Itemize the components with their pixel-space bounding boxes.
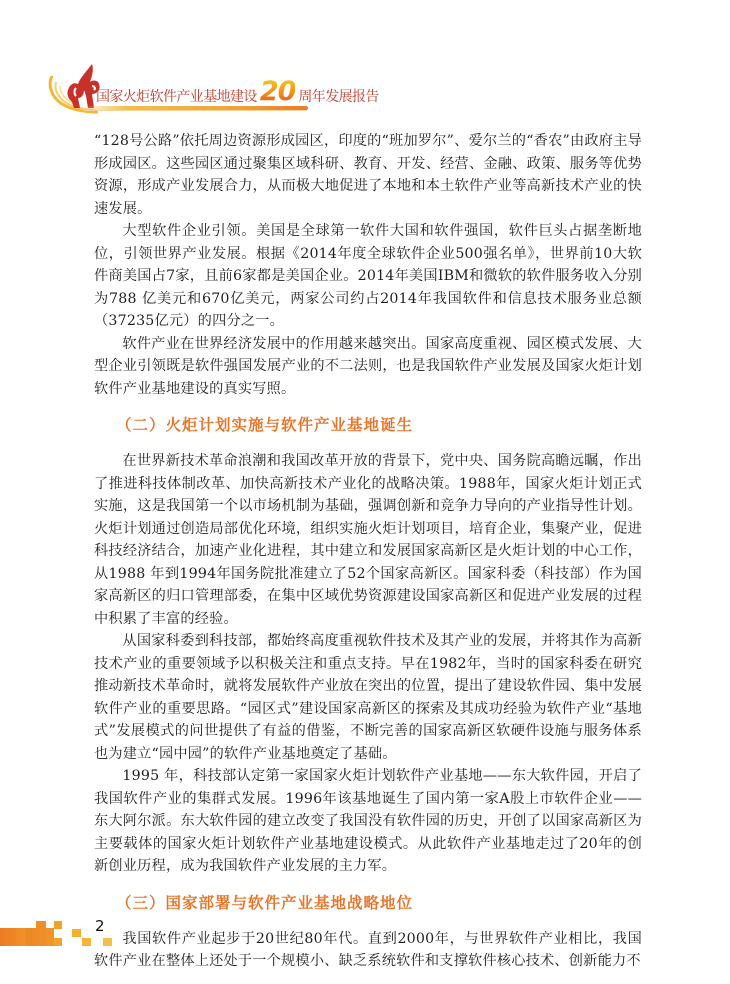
section-heading-2: （二）火炬计划实施与软件产业基地诞生 bbox=[94, 414, 642, 436]
paragraph: 我国软件产业起步于20世纪80年代。直到2000年，与世界软件产业相比，我国软件… bbox=[94, 928, 642, 973]
report-title-suffix: 周年发展报告 bbox=[298, 88, 378, 106]
page-header: 国家火炬软件产业基地建设 20 周年发展报告 bbox=[0, 0, 730, 120]
page-number: 2 bbox=[95, 917, 105, 935]
section-heading-3: （三）国家部署与软件产业基地战略地位 bbox=[94, 892, 642, 914]
paragraph: 在世界新技术革命浪潮和我国改革开放的背景下，党中央、国务院高瞻远瞩，作出了推进科… bbox=[94, 450, 642, 630]
paragraph: 从国家科委到科技部，都始终高度重视软件技术及其产业的发展，并将其作为高新技术产业… bbox=[94, 630, 642, 765]
header-divider-thin bbox=[84, 110, 307, 111]
body-content: “128号公路”依托周边资源形成园区，印度的“班加罗尔”、爱尔兰的“香农”由政府… bbox=[94, 130, 642, 973]
report-title: 国家火炬软件产业基地建设 20 周年发展报告 bbox=[96, 84, 379, 106]
paragraph: 大型软件企业引领。美国是全球第一软件大国和软件强国，软件巨头占据垄断地位，引领世… bbox=[94, 220, 642, 333]
paragraph: 软件产业在世界经济发展中的作用越来越突出。国家高度重视、园区模式发展、大型企业引… bbox=[94, 333, 642, 401]
anniversary-number: 20 bbox=[260, 80, 296, 104]
report-title-prefix: 国家火炬软件产业基地建设 bbox=[96, 88, 257, 106]
paragraph: 1995 年，科技部认定第一家国家火炬计划软件产业基地——东大软件园，开启了我国… bbox=[94, 765, 642, 878]
paragraph: “128号公路”依托周边资源形成园区，印度的“班加罗尔”、爱尔兰的“香农”由政府… bbox=[94, 130, 642, 220]
